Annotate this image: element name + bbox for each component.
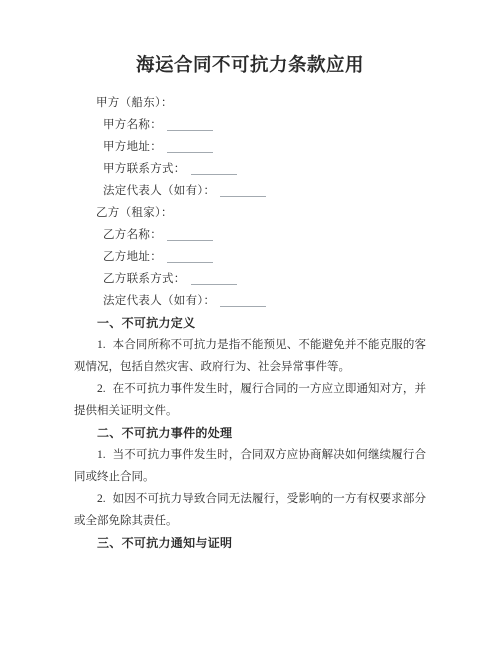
blank-line: [220, 184, 266, 197]
doc-title: 海运合同不可抗力条款应用: [74, 50, 426, 82]
paragraph: 1. 当不可抗力事件发生时，合同双方应协商解决如何继续履行合同或终止合同。: [74, 444, 426, 488]
field-label: 法定代表人（如有）：: [103, 185, 215, 197]
blank-line: [191, 272, 237, 285]
field-row-party-a-address: 甲方地址：: [74, 136, 426, 158]
blank-line: [167, 118, 213, 131]
blank-line: [191, 162, 237, 175]
paragraph: 1. 本合同所称不可抗力是指不能预见、不能避免并不能克服的客观情况，包括自然灾害…: [74, 334, 426, 378]
field-row-party-b-contact: 乙方联系方式：: [74, 268, 426, 290]
field-row-party-b-address: 乙方地址：: [74, 246, 426, 268]
field-label: 法定代表人（如有）：: [103, 295, 215, 307]
section-heading-3: 三、不可抗力通知与证明: [74, 532, 426, 554]
party-b-heading: 乙方（租家）：: [74, 202, 426, 224]
field-row-party-b-representative: 法定代表人（如有）：: [74, 290, 426, 312]
field-row-party-a-name: 甲方名称：: [74, 114, 426, 136]
blank-line: [220, 294, 266, 307]
blank-line: [167, 250, 213, 263]
field-label: 甲方名称：: [103, 119, 162, 131]
blank-line: [167, 140, 213, 153]
field-label: 甲方地址：: [103, 141, 162, 153]
document-page: 海运合同不可抗力条款应用 甲方（船东）： 甲方名称： 甲方地址： 甲方联系方式：…: [0, 0, 500, 647]
field-label: 乙方联系方式：: [103, 273, 186, 285]
field-row-party-a-representative: 法定代表人（如有）：: [74, 180, 426, 202]
field-label: 乙方名称：: [103, 229, 162, 241]
field-row-party-a-contact: 甲方联系方式：: [74, 158, 426, 180]
document-content: 海运合同不可抗力条款应用 甲方（船东）： 甲方名称： 甲方地址： 甲方联系方式：…: [0, 0, 500, 554]
paragraph: 2. 如因不可抗力导致合同无法履行，受影响的一方有权要求部分或全部免除其责任。: [74, 488, 426, 532]
paragraph: 2. 在不可抗力事件发生时，履行合同的一方应立即通知对方，并提供相关证明文件。: [74, 378, 426, 422]
field-label: 乙方地址：: [103, 251, 162, 263]
section-heading-2: 二、不可抗力事件的处理: [74, 422, 426, 444]
blank-line: [167, 228, 213, 241]
field-row-party-b-name: 乙方名称：: [74, 224, 426, 246]
field-label: 甲方联系方式：: [103, 163, 186, 175]
section-heading-1: 一、不可抗力定义: [74, 312, 426, 334]
party-a-heading: 甲方（船东）：: [74, 92, 426, 114]
